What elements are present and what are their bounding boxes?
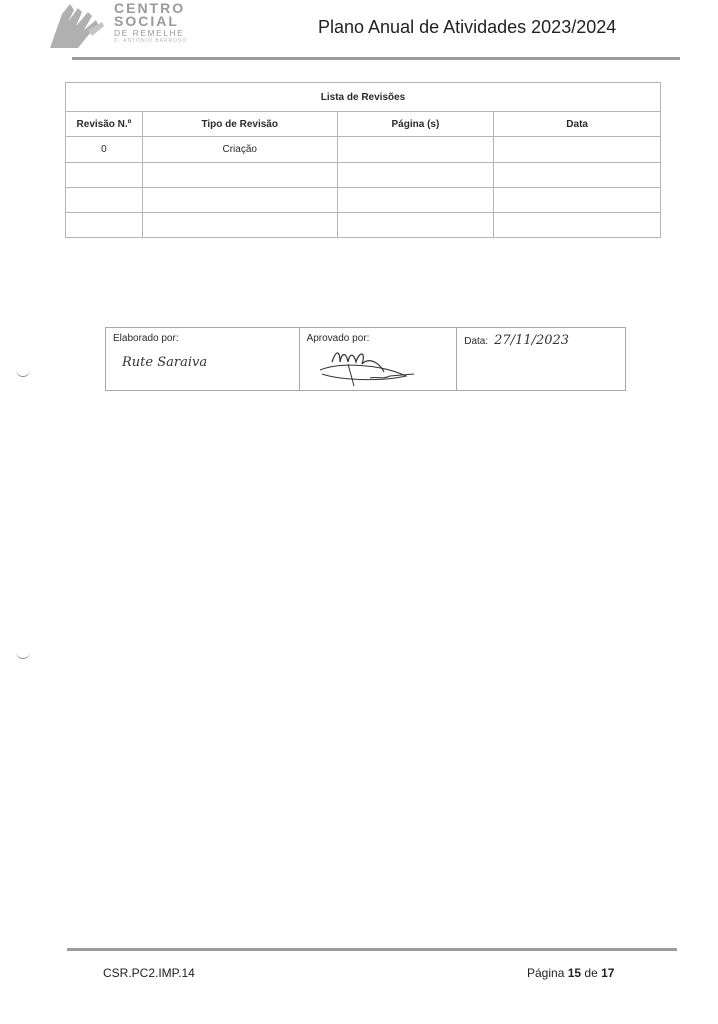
table-cell [494,163,661,188]
revisions-table: Lista de Revisões Revisão N.º Tipo de Re… [65,82,661,238]
date-label: Data: [464,336,488,347]
handwritten-signature-icon [310,342,430,386]
page-separator: de [584,966,597,980]
logo-line-3: DE REMELHE [114,28,187,38]
table-cell [494,188,661,213]
page-current: 15 [568,966,581,980]
organization-logo: CENTRO SOCIAL DE REMELHE D. ANTÓNIO BARR… [48,0,188,50]
date-cell: Data:27/11/2023 [457,328,626,391]
table-cell: Criação [142,137,337,163]
table-cell [142,213,337,238]
table-cell [142,188,337,213]
prepared-by-signature: Rute Saraiva [122,355,207,370]
scan-artifact [16,648,30,659]
document-title: Plano Anual de Atividades 2023/2024 [318,17,616,38]
table-cell: 0 [66,137,143,163]
approved-by-cell: Aprovado por: [299,328,457,391]
prepared-by-cell: Elaborado por: Rute Saraiva [106,328,300,391]
document-code: CSR.PC2.IMP.14 [103,966,195,980]
logo-hands-icon [48,0,106,50]
revisions-table-title: Lista de Revisões [66,83,661,112]
logo-line-4: D. ANTÓNIO BARROSO [114,38,187,44]
table-cell [66,163,143,188]
table-cell [494,213,661,238]
table-row [66,213,661,238]
table-row [66,163,661,188]
table-cell [66,213,143,238]
table-cell [337,188,494,213]
table-row: 0 Criação [66,137,661,163]
page-prefix: Página [527,966,564,980]
table-cell [66,188,143,213]
page-number: Página 15 de 17 [527,966,614,980]
table-cell [494,137,661,163]
table-cell [337,137,494,163]
header-divider [72,57,680,60]
scan-artifact [16,366,30,377]
table-cell [337,163,494,188]
page-total: 17 [601,966,614,980]
prepared-by-label: Elaborado por: [113,333,179,344]
column-header-revision-type: Tipo de Revisão [142,112,337,137]
logo-line-2: SOCIAL [114,15,187,28]
footer-divider [67,948,677,951]
column-header-date: Data [494,112,661,137]
table-header-row: Revisão N.º Tipo de Revisão Página (s) D… [66,112,661,137]
approval-table: Elaborado por: Rute Saraiva Aprovado por… [105,327,626,391]
table-row [66,188,661,213]
table-cell [337,213,494,238]
date-value: 27/11/2023 [494,333,569,348]
column-header-pages: Página (s) [337,112,494,137]
column-header-revision-number: Revisão N.º [66,112,143,137]
table-cell [142,163,337,188]
